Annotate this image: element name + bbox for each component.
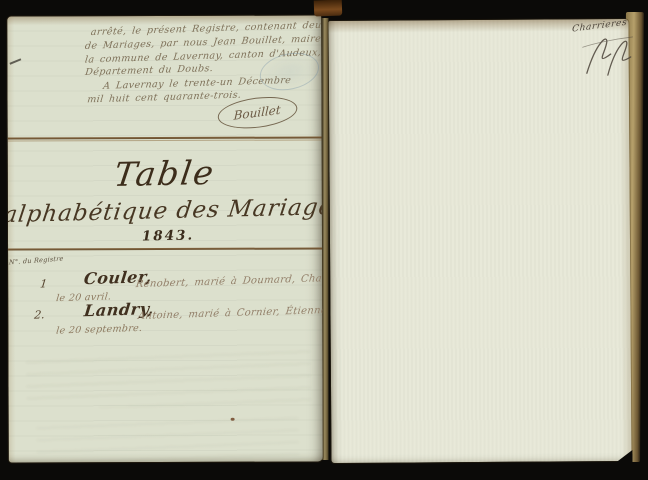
entry-detail: Renobert, marié à Doumard, Charlotte: [135, 272, 323, 290]
closure-line: mil huit cent quarante-trois.: [87, 90, 242, 106]
right-page: Charrieres: [328, 19, 631, 463]
ink-speck: [231, 418, 235, 421]
entry-number: 1: [39, 277, 47, 290]
left-page: arrêté, le présent Registre, contenant d…: [7, 15, 323, 462]
title-year: 1843.: [8, 225, 323, 248]
page-title: Table: [7, 151, 323, 197]
bleedthrough-text: [36, 411, 299, 462]
bleedthrough-text: [26, 345, 311, 409]
horizontal-rule: [8, 247, 322, 250]
entry-detail: Antoine, marié à Cornier, Étiennette: [137, 305, 322, 322]
paraph-flourish-icon: [581, 31, 637, 77]
binding-tab: [314, 0, 343, 16]
ink-mark: [9, 58, 21, 64]
scanned-register-spread: arrêté, le présent Registre, contenant d…: [0, 0, 648, 480]
horizontal-rule-echo: [8, 139, 322, 141]
entry-number: 2.: [34, 308, 46, 321]
signature: Bouillet: [234, 103, 282, 123]
register-number-header: N°. du Registre: [9, 254, 64, 266]
closure-line: Département du Doubs.: [85, 63, 214, 78]
entry-date: le 20 septembre.: [56, 323, 143, 337]
page-subtitle: alphabétique des Mariages: [7, 194, 323, 228]
